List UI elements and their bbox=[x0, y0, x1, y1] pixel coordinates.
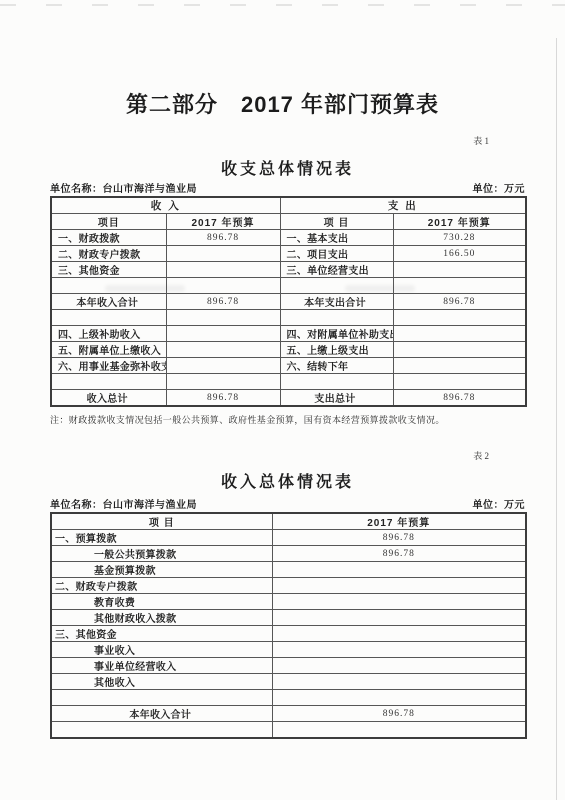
item-cell: 二、项目支出 bbox=[280, 246, 393, 262]
value-cell bbox=[272, 658, 526, 674]
item-cell bbox=[51, 722, 272, 739]
income-detail-table: 项 目 2017 年预算 一、预算拨款 896.78 一般公共预算拨款 896.… bbox=[50, 512, 527, 739]
item-cell: 六、用事业基金弥补收支总额 bbox=[51, 358, 166, 374]
value-cell bbox=[393, 278, 526, 294]
table-row: 事业单位经营收入 bbox=[51, 658, 526, 674]
table2-unit-row: 单位名称：台山市海洋与渔业局 单位：万元 bbox=[50, 496, 525, 511]
subtotal-label-cell: 本年收入合计 bbox=[51, 706, 272, 722]
value-cell bbox=[393, 358, 526, 374]
value-cell: 896.78 bbox=[166, 294, 280, 310]
item-cell: 事业收入 bbox=[51, 642, 272, 658]
value-cell bbox=[272, 722, 526, 739]
value-cell: 896.78 bbox=[272, 546, 526, 562]
table1-title: 收支总体情况表 bbox=[50, 156, 525, 179]
value-cell bbox=[393, 342, 526, 358]
table-row: 四、上级补助收入 四、对附属单位补助支出 bbox=[51, 326, 526, 342]
value-cell bbox=[272, 562, 526, 578]
table-row bbox=[51, 690, 526, 706]
item-cell bbox=[280, 278, 393, 294]
table-row: 本年收入合计 896.78 本年支出合计 896.78 bbox=[51, 294, 526, 310]
value-cell: 896.78 bbox=[393, 390, 526, 407]
value-cell bbox=[272, 610, 526, 626]
column-header: 2017 年预算 bbox=[393, 214, 526, 230]
value-cell bbox=[166, 374, 280, 390]
item-cell: 一、基本支出 bbox=[280, 230, 393, 246]
table-row bbox=[51, 374, 526, 390]
income-group-header: 收 入 bbox=[51, 197, 280, 214]
column-header: 项 目 bbox=[280, 214, 393, 230]
item-cell: 四、对附属单位补助支出 bbox=[280, 326, 393, 342]
item-cell: 五、附属单位上缴收入 bbox=[51, 342, 166, 358]
value-cell bbox=[166, 262, 280, 278]
table-row bbox=[51, 722, 526, 739]
table-row: 其他收入 bbox=[51, 674, 526, 690]
item-cell: 一、财政拨款 bbox=[51, 230, 166, 246]
table2-unit-name: 单位名称：台山市海洋与渔业局 bbox=[50, 496, 197, 511]
item-cell bbox=[280, 310, 393, 326]
value-cell bbox=[166, 310, 280, 326]
value-cell bbox=[272, 642, 526, 658]
expense-group-header: 支 出 bbox=[280, 197, 526, 214]
value-cell bbox=[393, 262, 526, 278]
table-row: 基金预算拨款 bbox=[51, 562, 526, 578]
table-row: 六、用事业基金弥补收支总额 六、结转下年 bbox=[51, 358, 526, 374]
item-cell: 事业单位经营收入 bbox=[51, 658, 272, 674]
value-cell bbox=[393, 374, 526, 390]
item-cell: 三、单位经营支出 bbox=[280, 262, 393, 278]
value-cell bbox=[166, 278, 280, 294]
table-row: 项 目 2017 年预算 bbox=[51, 513, 526, 530]
table-row: 一、预算拨款 896.78 bbox=[51, 530, 526, 546]
total-label-cell: 支出总计 bbox=[280, 390, 393, 407]
page-title: 第二部分 2017 年部门预算表 bbox=[0, 88, 565, 119]
item-cell: 基金预算拨款 bbox=[51, 562, 272, 578]
item-cell: 二、财政专户拨款 bbox=[51, 246, 166, 262]
value-cell bbox=[393, 326, 526, 342]
table-row: 事业收入 bbox=[51, 642, 526, 658]
value-cell bbox=[272, 594, 526, 610]
table-row: 项目 2017 年预算 项 目 2017 年预算 bbox=[51, 214, 526, 230]
table-row: 其他财政收入拨款 bbox=[51, 610, 526, 626]
value-cell bbox=[166, 246, 280, 262]
value-cell bbox=[166, 326, 280, 342]
table-row: 三、其他资金 三、单位经营支出 bbox=[51, 262, 526, 278]
item-cell: 一般公共预算拨款 bbox=[51, 546, 272, 562]
table-row: 五、附属单位上缴收入 五、上缴上级支出 bbox=[51, 342, 526, 358]
value-cell bbox=[272, 690, 526, 706]
table-row: 二、财政专户拨款 二、项目支出 166.50 bbox=[51, 246, 526, 262]
table-row bbox=[51, 310, 526, 326]
value-cell: 896.78 bbox=[272, 706, 526, 722]
value-cell bbox=[166, 358, 280, 374]
total-label-cell: 收入总计 bbox=[51, 390, 166, 407]
table2-unit-label: 单位：万元 bbox=[473, 496, 526, 511]
table-row: 一般公共预算拨款 896.78 bbox=[51, 546, 526, 562]
table-row: 教育收费 bbox=[51, 594, 526, 610]
item-cell bbox=[280, 374, 393, 390]
value-cell: 166.50 bbox=[393, 246, 526, 262]
table-row: 收 入 支 出 bbox=[51, 197, 526, 214]
item-cell: 三、其他资金 bbox=[51, 262, 166, 278]
item-cell: 其他财政收入拨款 bbox=[51, 610, 272, 626]
item-cell: 四、上级补助收入 bbox=[51, 326, 166, 342]
table1-unit-label: 单位：万元 bbox=[473, 180, 526, 195]
table1-unit-row: 单位名称：台山市海洋与渔业局 单位：万元 bbox=[50, 180, 525, 195]
table-row: 三、其他资金 bbox=[51, 626, 526, 642]
item-cell: 一、预算拨款 bbox=[51, 530, 272, 546]
column-header: 2017 年预算 bbox=[166, 214, 280, 230]
value-cell bbox=[272, 674, 526, 690]
column-header: 项 目 bbox=[51, 513, 272, 530]
table2-tag: 表 2 bbox=[473, 449, 489, 462]
item-cell bbox=[51, 310, 166, 326]
table-row: 本年收入合计 896.78 bbox=[51, 706, 526, 722]
value-cell: 896.78 bbox=[272, 530, 526, 546]
table1-footnote: 注：财政拨款收支情况包括一般公共预算、政府性基金预算，国有资本经营预算拨款收支情… bbox=[50, 413, 525, 426]
item-cell: 六、结转下年 bbox=[280, 358, 393, 374]
table1-tag: 表 1 bbox=[473, 134, 489, 147]
scan-artifact-right-edge bbox=[556, 38, 557, 800]
subtotal-label-cell: 本年收入合计 bbox=[51, 294, 166, 310]
table-row bbox=[51, 278, 526, 294]
value-cell bbox=[393, 310, 526, 326]
item-cell: 二、财政专户拨款 bbox=[51, 578, 272, 594]
item-cell: 其他收入 bbox=[51, 674, 272, 690]
income-expenditure-table: 收 入 支 出 项目 2017 年预算 项 目 2017 年预算 一、财政拨款 … bbox=[50, 196, 527, 407]
item-cell: 三、其他资金 bbox=[51, 626, 272, 642]
item-cell: 五、上缴上级支出 bbox=[280, 342, 393, 358]
value-cell: 896.78 bbox=[393, 294, 526, 310]
column-header: 2017 年预算 bbox=[272, 513, 526, 530]
value-cell: 730.28 bbox=[393, 230, 526, 246]
value-cell bbox=[166, 342, 280, 358]
table-row: 收入总计 896.78 支出总计 896.78 bbox=[51, 390, 526, 407]
value-cell: 896.78 bbox=[166, 390, 280, 407]
value-cell: 896.78 bbox=[166, 230, 280, 246]
subtotal-label-cell: 本年支出合计 bbox=[280, 294, 393, 310]
column-header: 项目 bbox=[51, 214, 166, 230]
scan-artifact-top-edge bbox=[0, 4, 565, 6]
value-cell bbox=[272, 578, 526, 594]
item-cell bbox=[51, 690, 272, 706]
item-cell: 教育收费 bbox=[51, 594, 272, 610]
value-cell bbox=[272, 626, 526, 642]
item-cell bbox=[51, 374, 166, 390]
table1-unit-name: 单位名称：台山市海洋与渔业局 bbox=[50, 180, 197, 195]
item-cell bbox=[51, 278, 166, 294]
table2-title: 收入总体情况表 bbox=[50, 469, 525, 492]
table-row: 一、财政拨款 896.78 一、基本支出 730.28 bbox=[51, 230, 526, 246]
table-row: 二、财政专户拨款 bbox=[51, 578, 526, 594]
